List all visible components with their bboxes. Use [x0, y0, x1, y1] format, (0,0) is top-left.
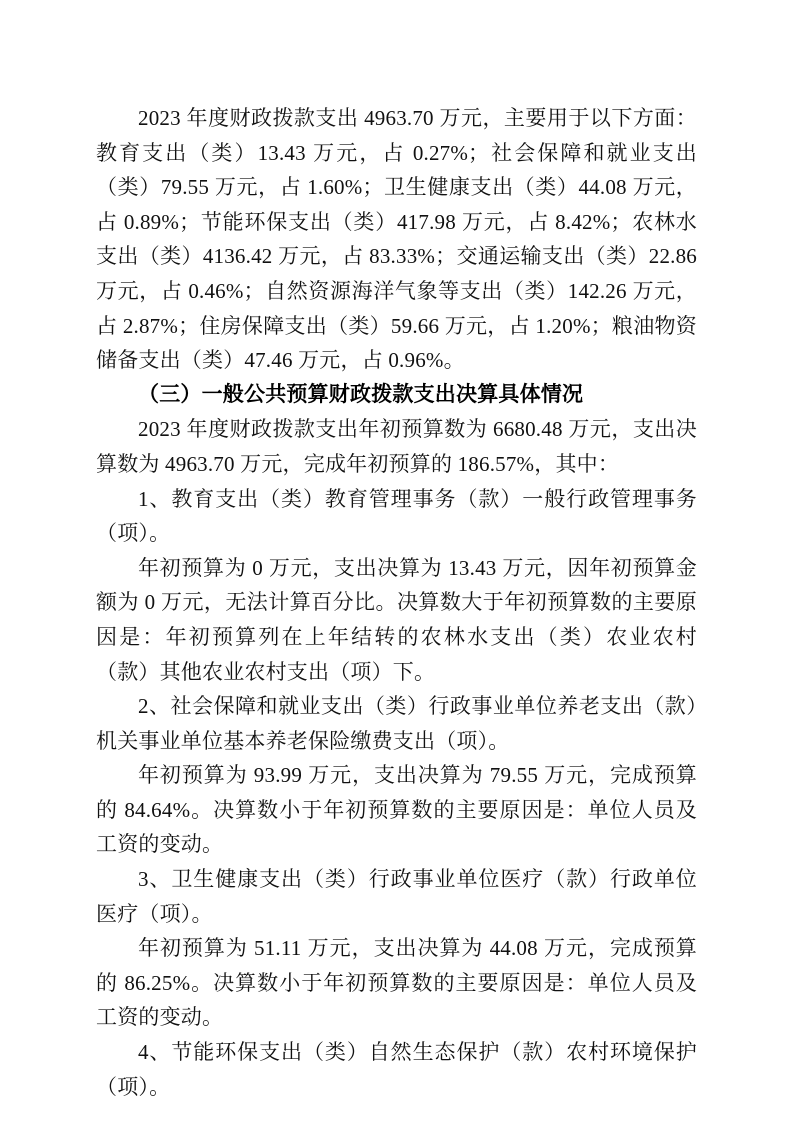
document-page: 2023 年度财政拨款支出 4963.70 万元，主要用于以下方面：教育支出（类…: [0, 0, 793, 1122]
paragraph-item-3-health-title: 3、卫生健康支出（类）行政事业单位医疗（款）行政单位医疗（项）。: [96, 862, 697, 931]
paragraph-item-1-education-detail: 年初预算为 0 万元，支出决算为 13.43 万元，因年初预算金额为 0 万元，…: [96, 551, 697, 689]
paragraph-funding-overview: 2023 年度财政拨款支出 4963.70 万元，主要用于以下方面：教育支出（类…: [96, 101, 697, 378]
paragraph-item-2-social-security-detail: 年初预算为 93.99 万元，支出决算为 79.55 万元，完成预算的 84.6…: [96, 758, 697, 862]
paragraph-item-3-health-detail: 年初预算为 51.11 万元，支出决算为 44.08 万元，完成预算的 86.2…: [96, 931, 697, 1035]
section-heading-general-public-budget-details: （三）一般公共预算财政拨款支出决算具体情况: [96, 378, 697, 413]
paragraph-item-1-education-title: 1、教育支出（类）教育管理事务（款）一般行政管理事务（项）。: [96, 482, 697, 551]
paragraph-item-4-environment-title: 4、节能环保支出（类）自然生态保护（款）农村环境保护（项）。: [96, 1035, 697, 1104]
paragraph-item-2-social-security-title: 2、社会保障和就业支出（类）行政事业单位养老支出（款）机关事业单位基本养老保险缴…: [96, 689, 697, 758]
paragraph-budget-summary: 2023 年度财政拨款支出年初预算数为 6680.48 万元，支出决算数为 49…: [96, 412, 697, 481]
document-body: 2023 年度财政拨款支出 4963.70 万元，主要用于以下方面：教育支出（类…: [96, 101, 697, 1104]
